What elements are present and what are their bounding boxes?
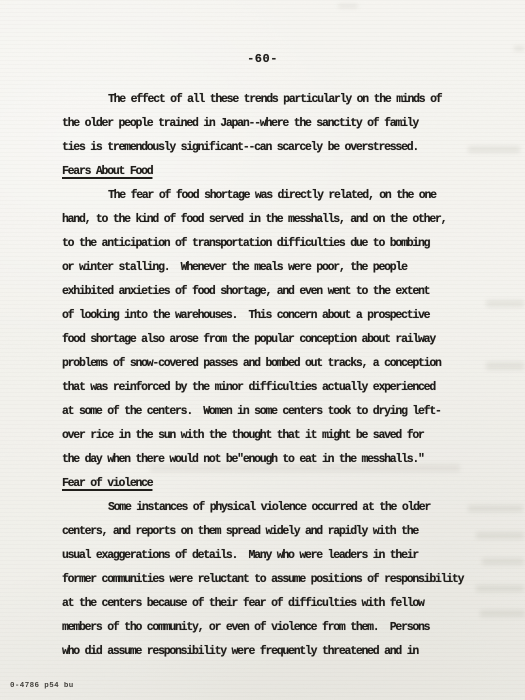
document-page: -60- The effect of all these trends part… [0, 0, 525, 700]
ink-smudge-artifact [514, 46, 524, 51]
body-line: at the centers because of their fear of … [62, 592, 492, 616]
body-line: exhibited anxieties of food shortage, an… [62, 280, 492, 304]
document-body: The effect of all these trends particula… [62, 88, 492, 664]
body-line: food shortage also arose from the popula… [62, 328, 492, 352]
body-line: The effect of all these trends particula… [62, 88, 492, 112]
body-line: to the anticipation of transportation di… [62, 232, 492, 256]
body-line: over rice in the sun with the thought th… [62, 424, 492, 448]
body-line: hand, to the kind of food served in the … [62, 208, 492, 232]
body-line: usual exaggerations of details. Many who… [62, 544, 492, 568]
page-number: -60- [0, 52, 525, 66]
body-line: the older people trained in Japan--where… [62, 112, 492, 136]
section-heading-fear-of-violence: Fear of violence [62, 472, 492, 496]
body-line: The fear of food shortage was directly r… [62, 184, 492, 208]
body-line: of looking into the warehouses. This con… [62, 304, 492, 328]
body-line: or winter stalling. Whenever the meals w… [62, 256, 492, 280]
body-line: who did assume responsibility were frequ… [62, 640, 492, 664]
section-heading-label: Fears About Food [62, 165, 152, 178]
body-line: centers, and reports on them spread wide… [62, 520, 492, 544]
footer-code: 0-4786 p54 bu [10, 682, 74, 690]
section-heading-label: Fear of violence [62, 477, 152, 490]
body-line: problems of snow-covered passes and bomb… [62, 352, 492, 376]
body-line: at some of the centers. Women in some ce… [62, 400, 492, 424]
body-line: Some instances of physical violence occu… [62, 496, 492, 520]
body-line: the day when there would not be"enough t… [62, 448, 492, 472]
ink-smudge-artifact [338, 4, 358, 8]
body-line: ties is tremendously significant--can sc… [62, 136, 492, 160]
section-heading-fears-about-food: Fears About Food [62, 160, 492, 184]
body-line: members of tho community, or even of vio… [62, 616, 492, 640]
body-line: former communities were reluctant to ass… [62, 568, 492, 592]
body-line: that was reinforced by the minor difficu… [62, 376, 492, 400]
